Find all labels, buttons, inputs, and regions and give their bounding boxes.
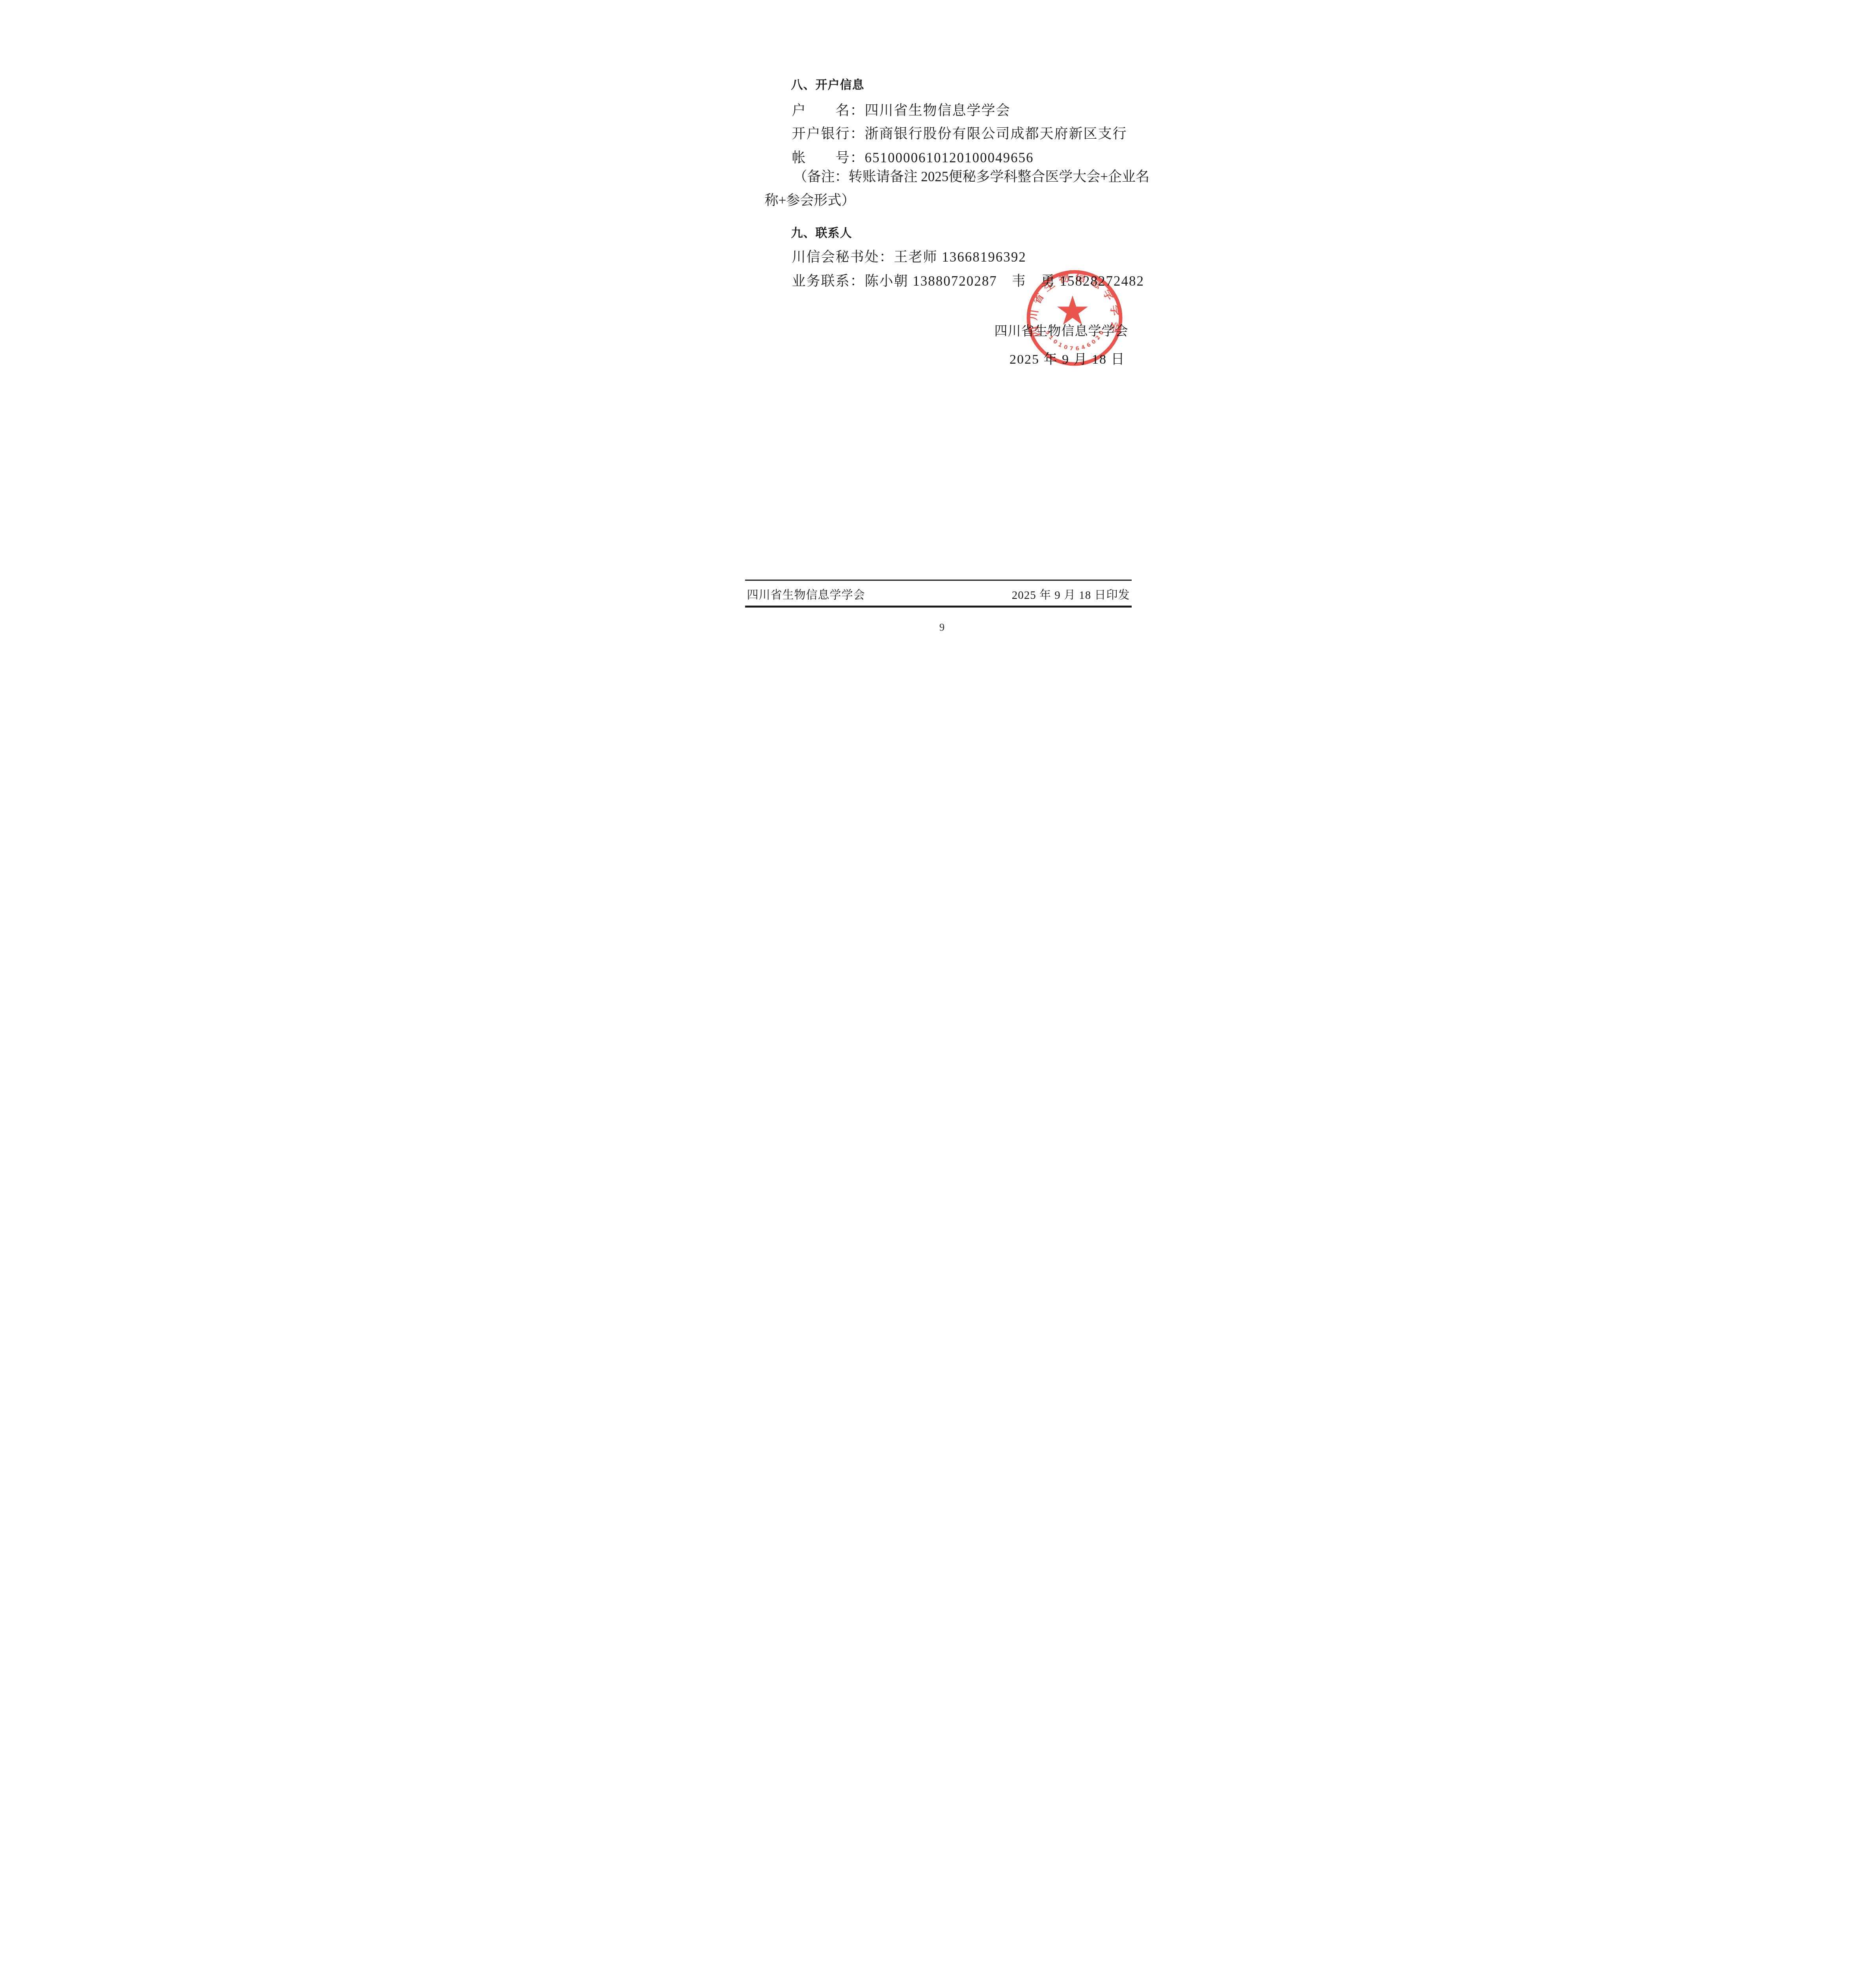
- section-9-heading: 九、联系人: [791, 223, 852, 240]
- footer-org: 四川省生物信息学学会: [747, 586, 865, 602]
- document-page: 八、开户信息 户 名：四川省生物信息学学会 开户银行：浙商银行股份有限公司成都天…: [704, 0, 1173, 663]
- account-holder-line: 户 名：四川省生物信息学学会: [792, 100, 1011, 119]
- org-signature: 四川省生物信息学学会: [995, 321, 1129, 339]
- account-number-line: 帐 号：6510000610120100049656: [792, 147, 1034, 167]
- note-line-2: 称+参会形式）: [765, 190, 855, 209]
- page-number: 9: [932, 621, 952, 634]
- secretariat-contact-line: 川信会秘书处：王老师 13668196392: [792, 246, 1026, 266]
- footer-top-rule: [745, 580, 1132, 581]
- signature-date: 2025 年 9 月 18 日: [1010, 348, 1125, 368]
- footer-issue-date: 2025 年 9 月 18 日印发: [1012, 586, 1130, 602]
- bank-line: 开户银行：浙商银行股份有限公司成都天府新区支行: [792, 123, 1127, 143]
- section-8-heading: 八、开户信息: [791, 75, 865, 92]
- note-line-1: （备注：转账请备注 2025便秘多学科整合医学大会+企业名: [794, 166, 1150, 186]
- footer-bottom-rule: [745, 606, 1132, 608]
